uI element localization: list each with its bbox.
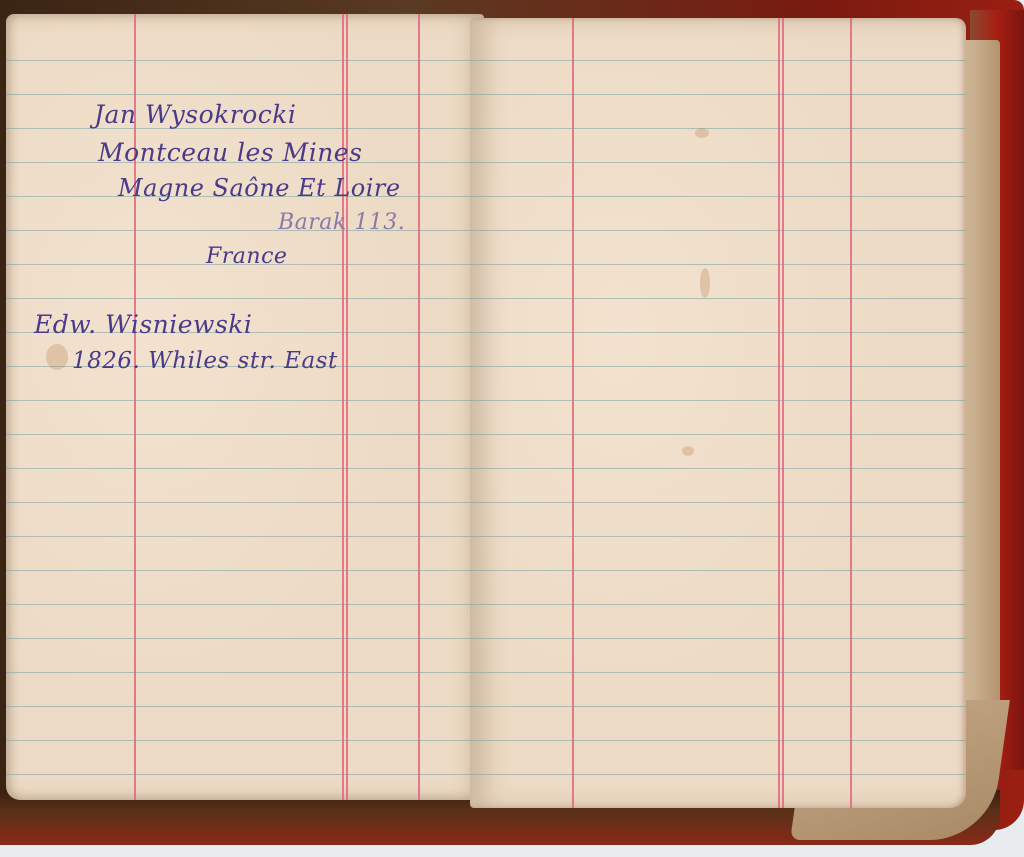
ruled-line [470,60,966,61]
ruled-line [470,502,966,503]
ruled-line [470,638,966,639]
stain [46,344,68,370]
ruled-line [6,502,484,503]
margin-line [778,18,780,808]
ruled-line [6,740,484,741]
ruled-line [6,434,484,435]
ruled-line [6,400,484,401]
stain [682,446,694,456]
ruled-line [470,94,966,95]
ruled-line [6,94,484,95]
ruled-line [470,468,966,469]
ruled-line [470,332,966,333]
margin-line [346,14,348,800]
ruled-line [6,570,484,571]
ruled-line [6,638,484,639]
margin-line [418,14,420,800]
ruled-line [470,536,966,537]
ruled-line [470,740,966,741]
ruled-line [6,468,484,469]
ruled-line [470,672,966,673]
entry-1-city: Montceau les Mines [98,138,362,167]
margin-line [134,14,136,800]
margin-line [850,18,852,808]
ruled-line [6,774,484,775]
ruled-line [6,706,484,707]
ruled-line [470,230,966,231]
entry-1-region: Magne Saône Et Loire [118,174,401,202]
ruled-line [6,230,484,231]
right-page [470,18,966,808]
ruled-line [6,298,484,299]
entry-1-name: Jan Wysokrocki [94,100,296,129]
stain [695,128,709,138]
entry-1-barrack: Barak 113. [278,210,405,235]
ruled-line [6,536,484,537]
ruled-line [470,706,966,707]
ruled-line [470,128,966,129]
ruled-line [470,570,966,571]
ruled-line [470,434,966,435]
ruled-line [470,196,966,197]
margin-line [782,18,784,808]
ruled-line [470,298,966,299]
stain [700,268,710,298]
ruled-line [470,774,966,775]
margin-line [572,18,574,808]
entry-2-address: 1826. Whiles str. East [72,348,338,374]
ruled-line [470,264,966,265]
ruled-line [6,604,484,605]
ruled-line [470,366,966,367]
ruled-line [470,400,966,401]
margin-line [342,14,344,800]
left-page: Jan Wysokrocki Montceau les Mines Magne … [6,14,484,800]
entry-2-name: Edw. Wisniewski [34,310,252,339]
entry-1-country: France [206,244,287,269]
ruled-line [6,672,484,673]
ruled-line [470,162,966,163]
ruled-line [470,604,966,605]
ruled-line [6,60,484,61]
